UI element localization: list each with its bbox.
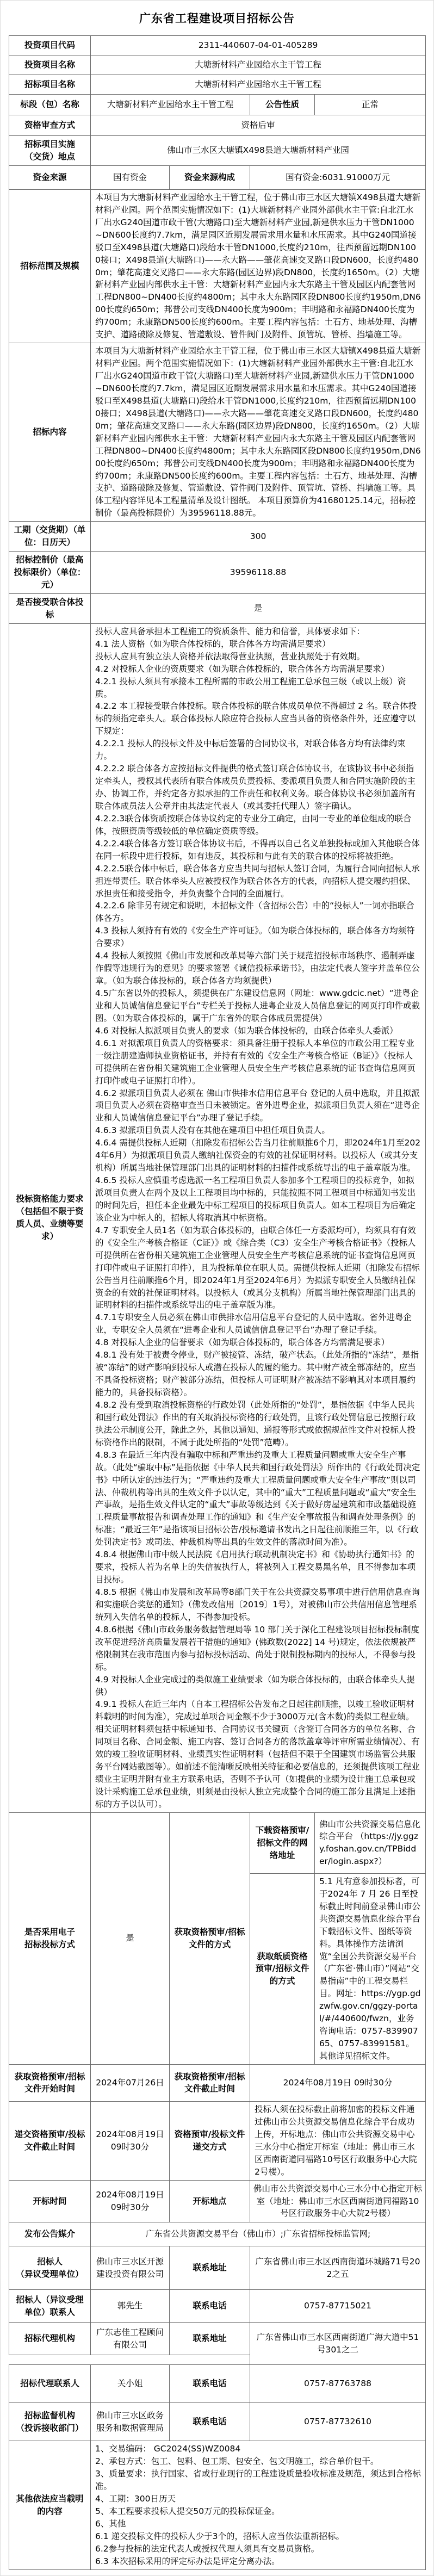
row-etender-download: 是否采用电子 招标投标方式 是 获取资格预审/招标文件的方式 下载资格预审/招标… bbox=[9, 1812, 426, 1873]
tender-name-label: 招标项目名称 bbox=[9, 75, 91, 95]
notice-nature-label: 公告性质 bbox=[250, 95, 315, 115]
tenderer-addr-value: 广东省佛山市三水区西南街道环城路71号202之五 bbox=[250, 2246, 426, 2290]
agency-contact-value: 关小姐 bbox=[91, 2365, 170, 2403]
doc-start-label: 获取资格预审/招标文件开始时间 bbox=[9, 2064, 91, 2101]
agency-value: 广东志佳工程顾问有限公司 bbox=[91, 2323, 170, 2355]
paper-method-value: 5.1 凡有意参加投标者，可于2024年 7 月 26 日至投标截止时间前登录佛… bbox=[315, 1873, 426, 2064]
row-tenderer: 招标人 （异议受理单位） 佛山市三水区开源建设投资有限公司 联系地址 广东省佛山… bbox=[9, 2246, 426, 2290]
media-value: 广东省公共资源交易平台（佛山市）;广东省招标投标监管网; bbox=[91, 2222, 426, 2246]
row-supervisor: 招标监督机构 （投诉接收部门） 佛山市三水区政务服务和数据管理局 联系电话 07… bbox=[9, 2403, 426, 2441]
qualification-review-label: 资格审查方式 bbox=[9, 115, 91, 136]
tenderer-addr-label: 联系地址 bbox=[170, 2246, 250, 2290]
supervisor-label: 招标监督机构 （投诉接收部门） bbox=[9, 2403, 91, 2441]
tenderer-label: 招标人 （异议受理单位） bbox=[9, 2246, 91, 2290]
submit-method-value: 投标人须在投标截止前将加密的投标文件通过佛山市公共资源交易信息化综合平台成功上传… bbox=[250, 2101, 426, 2180]
row-qualification-requirements: 投标资格能力要求（包括但不限于资质人员、业绩等要求） 投标人应具备承担本工程施工… bbox=[9, 623, 426, 1812]
bid-opening-time-value: 2024年08月19日 09时30分 bbox=[91, 2180, 170, 2222]
row-agency: 招标代理机构 广东志佳工程顾问有限公司 联系地址 广东省佛山市三水区西南街道广海… bbox=[9, 2323, 426, 2355]
table-gap bbox=[9, 2355, 250, 2365]
location-label: 招标项目实施 （交货）地点 bbox=[9, 136, 91, 166]
media-label: 发布公告媒介 bbox=[9, 2222, 91, 2246]
row-scope: 招标范围及规模 本项目为大塘新材料产业园给水主干管工程，位于佛山市三水区大塘镇X… bbox=[9, 189, 426, 343]
qualification-requirements-value: 投标人应具备承担本工程施工的资质条件、能力和信誉，具体要求如下： 4.1 法人资… bbox=[91, 623, 426, 1812]
content-value: 本项目为大塘新材料产业园给水主干管工程，位于佛山市三水区大塘镇X498县道大塘新… bbox=[91, 343, 426, 522]
supervisor-tel-label: 联系电话 bbox=[170, 2403, 250, 2441]
submit-deadline-label: 递交资格预审/投标文件截止时间 bbox=[9, 2101, 91, 2180]
project-code-value: 2311-440607-04-01-405289 bbox=[91, 36, 426, 55]
row-tender-name: 招标项目名称 大塘新材料产业园给水主干管工程 bbox=[9, 75, 426, 95]
qualification-requirements-label: 投标资格能力要求（包括但不限于资质人员、业绩等要求） bbox=[9, 623, 91, 1812]
page-title: 广东省工程建设项目招标公告 bbox=[1, 1, 433, 33]
row-qualification-review: 资格审查方式 资格后审 bbox=[9, 115, 426, 136]
etender-value: 是 bbox=[91, 1812, 170, 2064]
agency-contact-label: 招标代理联系人 bbox=[9, 2365, 91, 2403]
tenderer-tel-label: 联系电话 bbox=[170, 2290, 250, 2323]
agency-label: 招标代理机构 bbox=[9, 2323, 91, 2355]
funding-label: 资金来源 bbox=[9, 165, 91, 189]
bid-opening-time-label: 开标时间 bbox=[9, 2180, 91, 2222]
section-value: 大塘新材料产业园给水主干管工程 bbox=[91, 95, 250, 115]
scope-value: 本项目为大塘新材料产业园给水主干管工程，位于佛山市三水区大塘镇X498县道大塘新… bbox=[91, 189, 426, 343]
row-project-code: 投资项目代码 2311-440607-04-01-405289 bbox=[9, 36, 426, 55]
location-value: 佛山市三水区大塘镇X498县道大塘新材料产业园 bbox=[91, 136, 426, 166]
row-content: 招标内容 本项目为大塘新材料产业园给水主干管工程，位于佛山市三水区大塘镇X498… bbox=[9, 343, 426, 522]
agency-addr-value: 广东省佛山市三水区西南街道广海大道中51号301之二 bbox=[250, 2323, 426, 2365]
row-invest-name: 投资项目名称 大塘新材料产业园给水主干管工程 bbox=[9, 55, 426, 75]
announcement-table: 投资项目代码 2311-440607-04-01-405289 投资项目名称 大… bbox=[9, 35, 426, 2570]
announcement-page: 广东省工程建设项目招标公告 投资项目代码 2311-440607-04-01-4… bbox=[0, 0, 434, 2576]
row-funding: 资金来源 国有资金 资金来源构成 国有资金:6031.91000万元 bbox=[9, 165, 426, 189]
section-label: 标段（包）名称 bbox=[9, 95, 91, 115]
funding-value: 国有资金 bbox=[91, 165, 170, 189]
row-other-content: 其他依法应当载明 的内容 1、交易编码： GC2024(SS)WZ0084 2、… bbox=[9, 2441, 426, 2569]
row-media: 发布公告媒介 广东省公共资源交易平台（佛山市）;广东省招标投标监管网; bbox=[9, 2222, 426, 2246]
doc-end-value: 2024年08月19日 09时30分 bbox=[250, 2064, 426, 2101]
funding-comp-value: 国有资金:6031.91000万元 bbox=[250, 165, 426, 189]
download-url-label: 下载资格预审/招标文件的网络地址 bbox=[250, 1812, 315, 1873]
row-bid-opening: 开标时间 2024年08月19日 09时30分 开标地点 佛山市公共资源交易中心… bbox=[9, 2180, 426, 2222]
qualification-review-value: 资格后审 bbox=[91, 115, 426, 136]
content-label: 招标内容 bbox=[9, 343, 91, 522]
row-location: 招标项目实施 （交货）地点 佛山市三水区大塘镇X498县道大塘新材料产业园 bbox=[9, 136, 426, 166]
agency-tel-label: 联系电话 bbox=[170, 2365, 250, 2403]
bid-opening-place-label: 开标地点 bbox=[170, 2180, 250, 2222]
doc-start-value: 2024年07月26日 bbox=[91, 2064, 170, 2101]
other-content-label: 其他依法应当载明 的内容 bbox=[9, 2441, 91, 2569]
other-content-value: 1、交易编码： GC2024(SS)WZ0084 2、承包方式：包工、包料、包工… bbox=[91, 2441, 426, 2569]
row-submit-deadline: 递交资格预审/投标文件截止时间 2024年08月19日 09时30分 资格预审/… bbox=[9, 2101, 426, 2180]
row-agency-contact: 招标代理联系人 关小姐 联系电话 0757-87763788 bbox=[9, 2365, 426, 2403]
doc-end-label: 获取资格预审/招标文件截止时间 bbox=[170, 2064, 250, 2101]
consortium-label: 是否接受联合体投标 bbox=[9, 593, 91, 623]
submit-method-label: 资格预审/投标文件递交方式 bbox=[170, 2101, 250, 2180]
download-url-value: 佛山市公共资源交易信息化综合平台 （https://jy.ggzy.foshan… bbox=[315, 1812, 426, 1873]
tenderer-tel-value: 0757-87715021 bbox=[250, 2290, 426, 2323]
ceiling-price-label: 招标控制价（最高投标限价）（单位：元） bbox=[9, 552, 91, 594]
funding-comp-label: 资金来源构成 bbox=[170, 165, 250, 189]
row-doc-time: 获取资格预审/招标文件开始时间 2024年07月26日 获取资格预审/招标文件截… bbox=[9, 2064, 426, 2101]
scope-label: 招标范围及规模 bbox=[9, 189, 91, 343]
invest-name-value: 大塘新材料产业园给水主干管工程 bbox=[91, 55, 426, 75]
agency-tel-value: 0757-87763788 bbox=[250, 2365, 426, 2403]
notice-nature-value: 正常 bbox=[315, 95, 426, 115]
ceiling-price-value: 39596118.88 bbox=[91, 552, 426, 594]
paper-method-label: 获取纸质资格预审/招标文件的方式 bbox=[250, 1873, 315, 2064]
supervisor-value: 佛山市三水区政务服务和数据管理局 bbox=[91, 2403, 170, 2441]
bid-opening-place-value: 佛山市公共资源交易中心三水分中心指定开标室（地址：佛山市三水区西南街道同福路10… bbox=[250, 2180, 426, 2222]
supervisor-tel-value: 0757-87732610 bbox=[250, 2403, 426, 2441]
project-code-label: 投资项目代码 bbox=[9, 36, 91, 55]
row-consortium: 是否接受联合体投标 是 bbox=[9, 593, 426, 623]
tenderer-value: 佛山市三水区开源建设投资有限公司 bbox=[91, 2246, 170, 2290]
etender-label: 是否采用电子 招标投标方式 bbox=[9, 1812, 91, 2064]
row-section: 标段（包）名称 大塘新材料产业园给水主干管工程 公告性质 正常 bbox=[9, 95, 426, 115]
invest-name-label: 投资项目名称 bbox=[9, 55, 91, 75]
submit-deadline-value: 2024年08月19日 09时30分 bbox=[91, 2101, 170, 2180]
duration-value: 300 bbox=[91, 522, 426, 552]
duration-label: 工期（交货期）（单位：日历天） bbox=[9, 522, 91, 552]
agency-addr-label: 联系地址 bbox=[170, 2323, 250, 2355]
consortium-value: 是 bbox=[91, 593, 426, 623]
doc-obtain-method-label: 获取资格预审/招标文件的方式 bbox=[170, 1812, 250, 2064]
row-duration: 工期（交货期）（单位：日历天） 300 bbox=[9, 522, 426, 552]
tenderer-contact-label: 招标人（异议受理单位）联系人 bbox=[9, 2290, 91, 2323]
tenderer-contact-value: 郭先生 bbox=[91, 2290, 170, 2323]
row-tenderer-contact: 招标人（异议受理单位）联系人 郭先生 联系电话 0757-87715021 bbox=[9, 2290, 426, 2323]
row-ceiling-price: 招标控制价（最高投标限价）（单位：元） 39596118.88 bbox=[9, 552, 426, 594]
tender-name-value: 大塘新材料产业园给水主干管工程 bbox=[91, 75, 426, 95]
